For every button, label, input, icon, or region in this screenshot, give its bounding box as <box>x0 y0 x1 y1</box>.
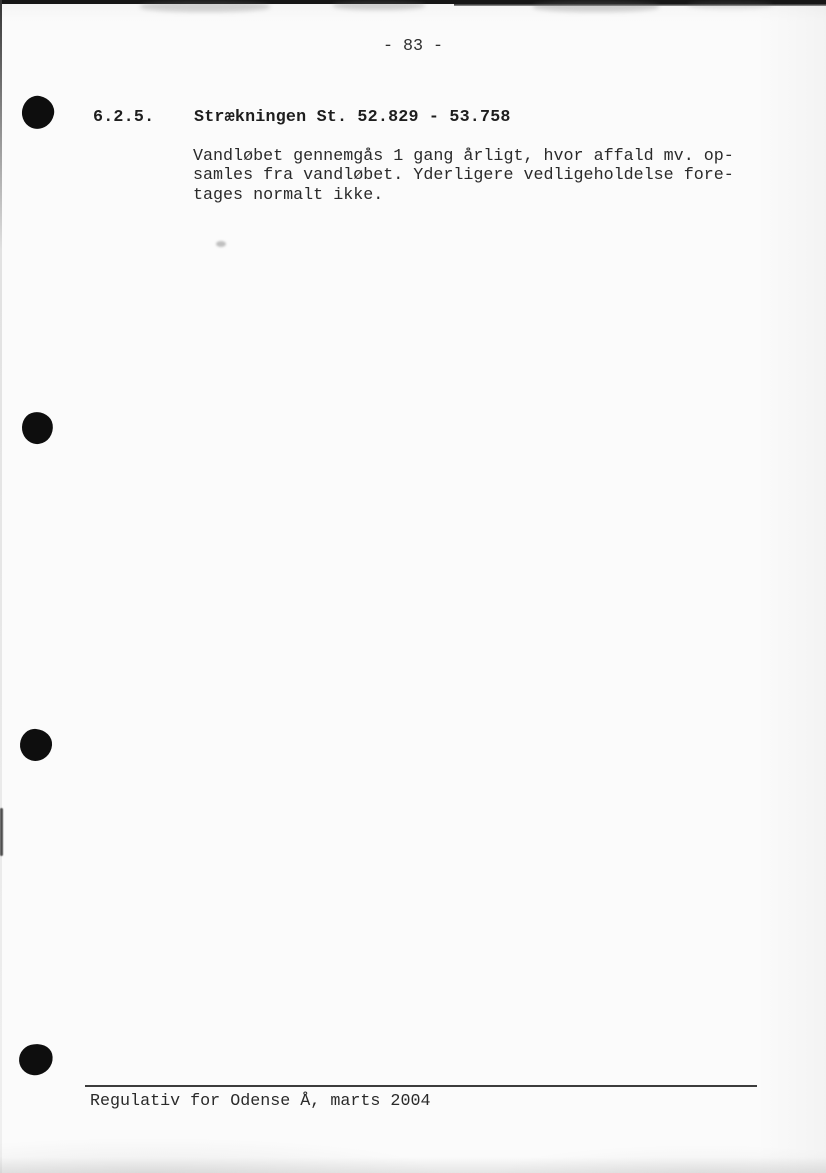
scan-smudge <box>688 1 772 9</box>
scan-smudge <box>533 1 659 12</box>
scan-smudge <box>333 1 425 10</box>
section-title: Strækningen St. 52.829 - 53.758 <box>194 108 511 127</box>
page-number: - 83 - <box>0 37 826 56</box>
paragraph-line: Vandløbet gennemgås 1 gang årligt, hvor … <box>193 147 734 166</box>
scan-left-edge-line <box>0 0 2 1173</box>
footer-text: Regulativ for Odense Å, marts 2004 <box>90 1092 430 1111</box>
paragraph-line: samles fra vandløbet. Yderligere vedlige… <box>193 166 734 185</box>
scanned-document-page: - 83 - 6.2.5. Strækningen St. 52.829 - 5… <box>0 0 826 1173</box>
section-paragraph: Vandløbet gennemgås 1 gang årligt, hvor … <box>193 147 734 205</box>
scan-left-edge-mark <box>0 808 3 856</box>
footer-rule <box>85 1085 757 1087</box>
scan-speck <box>216 241 226 247</box>
punch-hole <box>20 410 55 446</box>
punch-hole <box>19 728 54 763</box>
paragraph-line: tages normalt ikke. <box>193 186 734 205</box>
punch-hole <box>16 1040 57 1079</box>
scan-smudge <box>140 1 270 12</box>
section-number: 6.2.5. <box>93 108 154 127</box>
punch-hole <box>19 93 57 132</box>
